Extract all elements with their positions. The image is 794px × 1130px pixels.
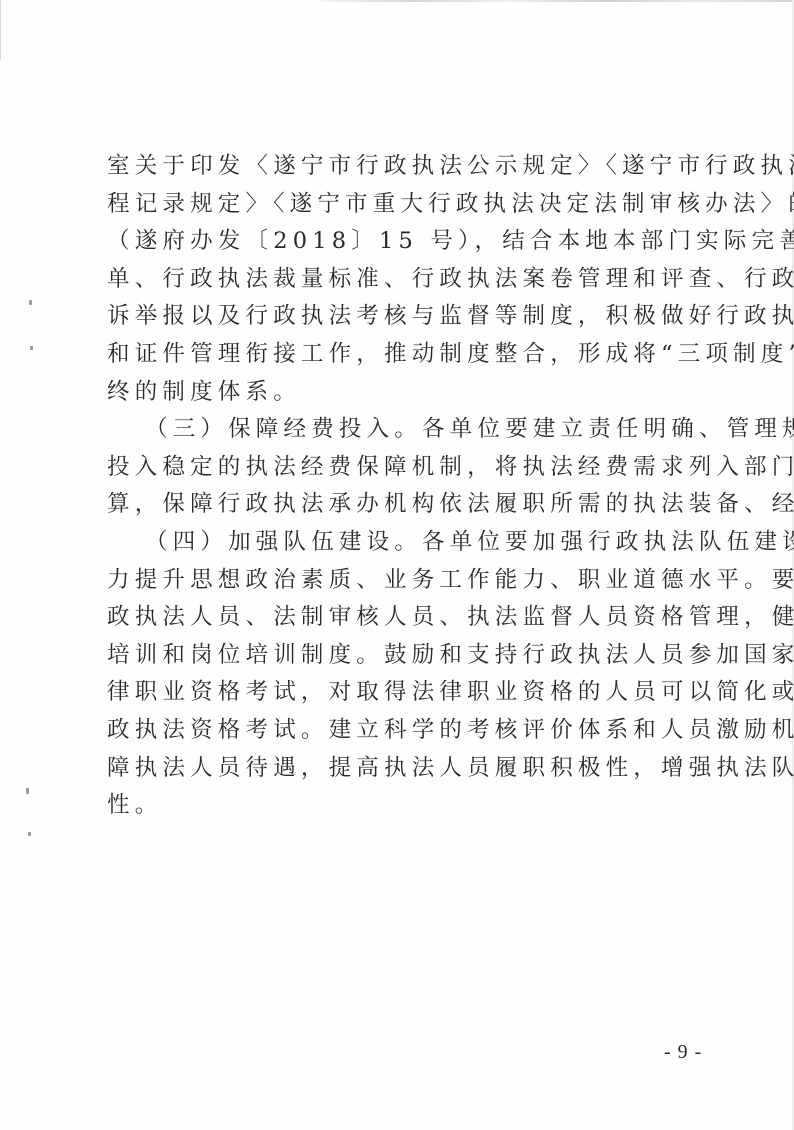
paragraph-line: 算，保障行政执法承办机构依法履职所需的执法装备、经费。 — [107, 486, 707, 524]
scan-top-artifact — [320, 0, 794, 2]
page-number: - 9 - — [664, 1041, 702, 1064]
paragraph-line: 投入稳定的执法经费保障机制，将执法经费需求列入部门财政预 — [107, 449, 697, 487]
section-heading-line: （三）保障经费投入。各单位要建立责任明确、管理规范、 — [107, 411, 697, 449]
paragraph-line: 性。 — [107, 787, 707, 825]
punch-mark — [28, 832, 31, 836]
paragraph-line: （遂府办发〔2018〕15 号），结合本地本部门实际完善权责清 — [107, 223, 697, 261]
paragraph-line: 政执法资格考试。建立科学的考核评价体系和人员激励机制，保 — [107, 712, 697, 750]
paragraph-line: 律职业资格考试，对取得法律职业资格的人员可以简化或免于行 — [107, 674, 697, 712]
punch-mark — [29, 300, 32, 305]
punch-mark — [30, 346, 33, 350]
document-page: 室关于印发〈遂宁市行政执法公示规定〉〈遂宁市行政执法全过 程记录规定〉〈遂宁市重… — [0, 0, 794, 1130]
paragraph-line: 障执法人员待遇，提高执法人员履职积极性，增强执法队伍稳定 — [107, 750, 697, 788]
paragraph-line: 室关于印发〈遂宁市行政执法公示规定〉〈遂宁市行政执法全过 — [107, 148, 697, 186]
paragraph-line: 程记录规定〉〈遂宁市重大行政执法决定法制审核办法〉的通知》 — [107, 186, 697, 224]
document-body: 室关于印发〈遂宁市行政执法公示规定〉〈遂宁市行政执法全过 程记录规定〉〈遂宁市重… — [107, 148, 707, 825]
paragraph-line: 培训和岗位培训制度。鼓励和支持行政执法人员参加国家统一法 — [107, 637, 697, 675]
paragraph-line: 和证件管理衔接工作，推动制度整合，形成将“三项制度”贯穿始 — [107, 336, 697, 374]
section-heading-line: （四）加强队伍建设。各单位要加强行政执法队伍建设，大 — [107, 524, 697, 562]
paragraph-line: 终的制度体系。 — [107, 374, 707, 412]
scan-edge — [0, 0, 1, 60]
paragraph-line: 诉举报以及行政执法考核与监督等制度，积极做好行政执法资格 — [107, 298, 697, 336]
paragraph-line: 力提升思想政治素质、业务工作能力、职业道德水平。要加强行 — [107, 562, 697, 600]
punch-mark — [26, 788, 29, 794]
paragraph-line: 单、行政执法裁量标准、行政执法案卷管理和评查、行政执法投 — [107, 261, 697, 299]
paragraph-line: 政执法人员、法制审核人员、执法监督人员资格管理，健全岗前 — [107, 599, 697, 637]
